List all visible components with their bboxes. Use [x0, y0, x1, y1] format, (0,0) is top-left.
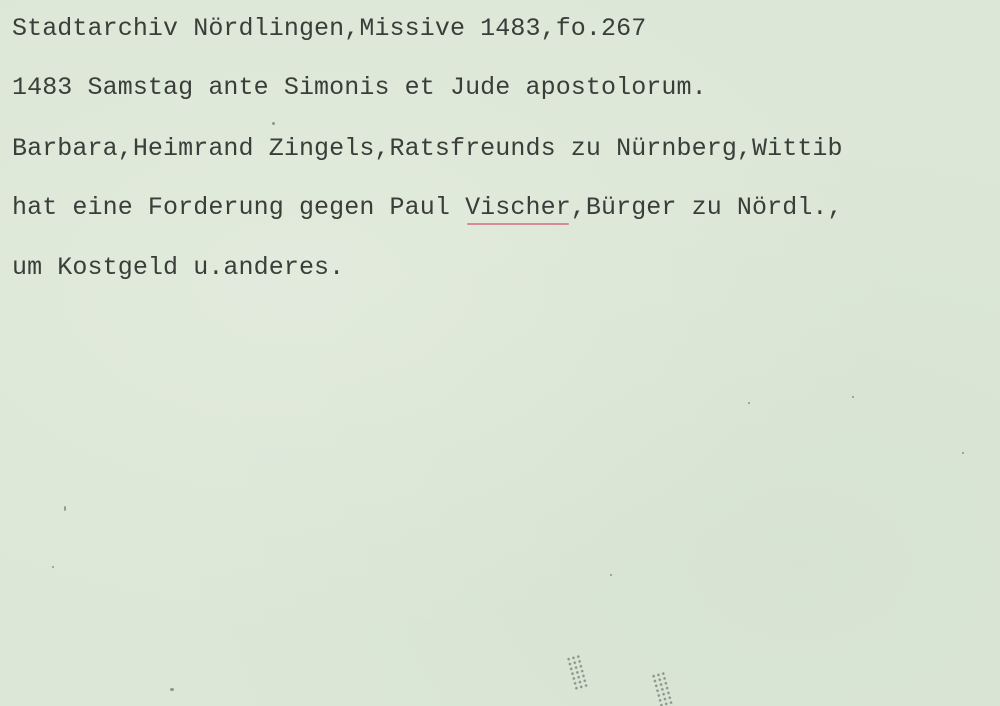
- paper-speck: [610, 574, 612, 576]
- paper-speck: [64, 506, 66, 511]
- paper-speck: [272, 122, 275, 125]
- paper-speck: [962, 452, 964, 454]
- ink-stain: [651, 671, 674, 706]
- paper-speck: [852, 396, 854, 398]
- paper-speck: [52, 566, 54, 568]
- claim-line-start: hat eine Forderung gegen Paul: [12, 193, 465, 222]
- underlined-name-vischer: Vischer: [465, 193, 571, 222]
- source-reference-line: Stadtarchiv Nördlingen,Missive 1483,fo.2…: [12, 14, 646, 44]
- claim-line-end: ,Bürger zu Nördl.,: [571, 193, 843, 222]
- person-line: Barbara,Heimrand Zingels,Ratsfreunds zu …: [12, 134, 843, 164]
- subject-line: um Kostgeld u.anderes.: [12, 253, 344, 283]
- claim-line: hat eine Forderung gegen Paul Vischer,Bü…: [12, 193, 843, 223]
- paper-speck: [170, 688, 174, 691]
- ink-stain: [566, 654, 589, 692]
- index-card: Stadtarchiv Nördlingen,Missive 1483,fo.2…: [0, 0, 1000, 706]
- date-line: 1483 Samstag ante Simonis et Jude aposto…: [12, 73, 707, 103]
- paper-speck: [748, 402, 750, 404]
